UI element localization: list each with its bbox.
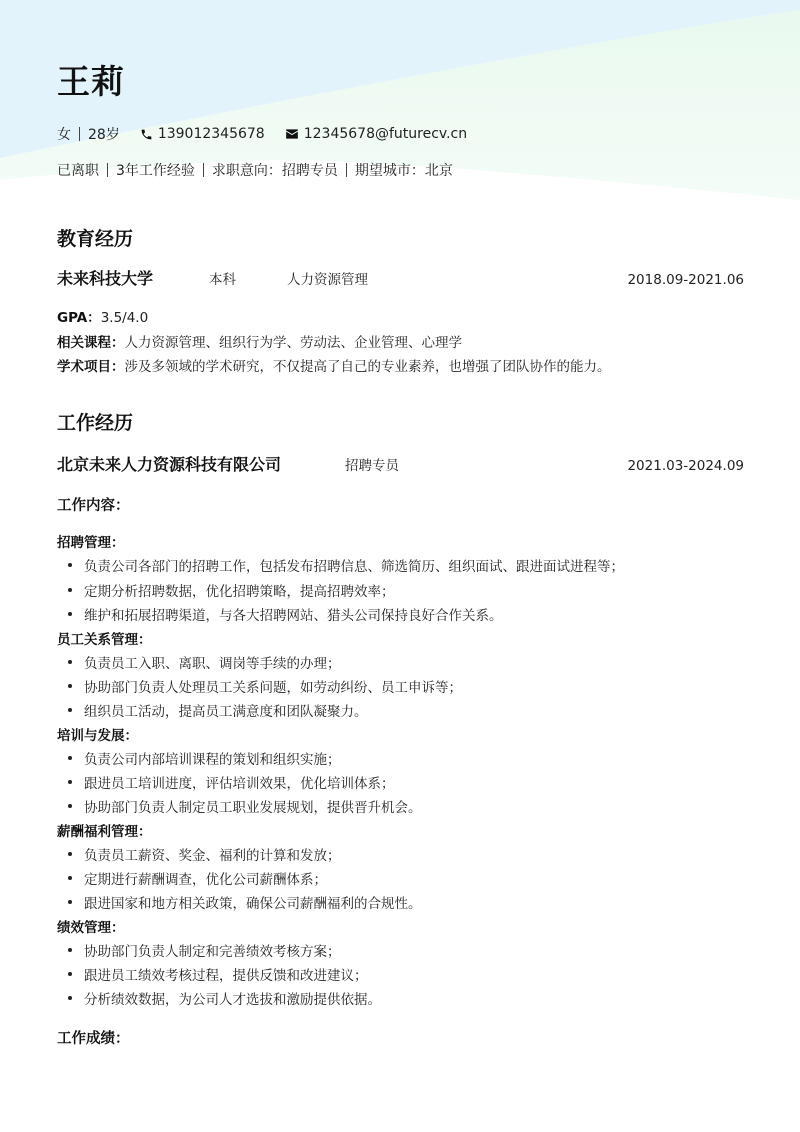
courses-line: 相关课程：人力资源管理、组织行为学、劳动法、企业管理、心理学 [57,331,462,351]
list-item: 维护和拓展招聘渠道，与各大招聘网站、猎头公司保持良好合作关系。 [68,604,503,624]
gpa-value: 3.5/4.0 [101,310,149,326]
years-experience: 3年工作经验 [116,160,195,180]
list-item: 跟进员工培训进度，评估培训效果，优化培训体系； [68,772,395,792]
list-item: 分析绩效数据，为公司人才选拔和激励提供依据。 [68,988,381,1008]
work-content-label: 工作内容： [57,494,130,515]
email-address[interactable]: 12345678@futurecv.cn [304,126,467,142]
list-item: 协助部门负责人处理员工关系问题，如劳动纠纷、员工申诉等； [68,676,462,696]
education-period: 2018.09-2021.06 [627,272,744,288]
employment-status: 已离职 [57,160,99,180]
list-item: 负责员工薪资、奖金、福利的计算和发放； [68,844,341,864]
envelope-icon [285,128,299,140]
phone-icon [140,128,153,141]
projects-line: 学术项目：涉及多领域的学术研究，不仅提高了自己的专业素养，也增强了团队协作的能力… [57,355,611,375]
section-title-work: 工作经历 [57,408,133,435]
divider [79,127,80,141]
list-item: 定期分析招聘数据，优化招聘策略，提高招聘效率； [68,580,395,600]
list-item: 负责公司内部培训课程的策划和组织实施； [68,748,341,768]
courses-value: 人力资源管理、组织行为学、劳动法、企业管理、心理学 [125,335,463,351]
major: 人力资源管理 [287,268,368,288]
candidate-name: 王莉 [57,56,125,103]
work-period: 2021.03-2024.09 [627,458,744,474]
phone-number[interactable]: 139012345678 [158,126,265,142]
degree: 本科 [209,268,287,288]
gpa-line: GPA：3.5/4.0 [57,306,148,326]
basic-info-row: 女 28岁 139012345678 12345678@futurecv.cn [57,124,467,144]
list-item: 负责公司各部门的招聘工作，包括发布招聘信息、筛选简历、组织面试、跟进面试进程等； [68,555,624,575]
education-entry: 未来科技大学 本科 人力资源管理 2018.09-2021.06 [57,266,744,289]
school-name: 未来科技大学 [57,266,209,289]
gender: 女 [57,124,71,144]
list-item: 负责员工入职、离职、调岗等手续的办理； [68,652,341,672]
divider [203,163,204,177]
category-training: 培训与发展： [57,724,138,744]
list-item: 协助部门负责人制定员工职业发展规划，提供晋升机会。 [68,796,422,816]
list-item: 组织员工活动，提高员工满意度和团队凝聚力。 [68,700,368,720]
courses-label: 相关课程： [57,335,125,351]
list-item: 定期进行薪酬调查，优化公司薪酬体系； [68,868,327,888]
list-item: 跟进员工绩效考核过程，提供反馈和改进建议； [68,964,368,984]
gpa-label: GPA： [57,310,101,326]
section-title-education: 教育经历 [57,224,133,251]
expected-city: 期望城市：北京 [355,160,453,180]
divider [107,163,108,177]
age: 28岁 [88,124,120,144]
list-item: 协助部门负责人制定和完善绩效考核方案； [68,940,341,960]
work-entry: 北京未来人力资源科技有限公司 招聘专员 2021.03-2024.09 [57,452,744,475]
projects-value: 涉及多领域的学术研究，不仅提高了自己的专业素养，也增强了团队协作的能力。 [125,359,611,375]
job-status-row: 已离职 3年工作经验 求职意向：招聘专员 期望城市：北京 [57,160,453,180]
category-employee-relations: 员工关系管理： [57,628,152,648]
job-intent: 求职意向：招聘专员 [212,160,338,180]
category-compensation: 薪酬福利管理： [57,820,152,840]
projects-label: 学术项目： [57,359,125,375]
achievements-label: 工作成绩： [57,1027,130,1048]
list-item: 跟进国家和地方相关政策，确保公司薪酬福利的合规性。 [68,892,422,912]
divider [346,163,347,177]
category-performance: 绩效管理： [57,916,125,936]
category-recruitment: 招聘管理： [57,531,125,551]
position: 招聘专员 [345,454,399,474]
header-background [0,0,800,240]
company-name: 北京未来人力资源科技有限公司 [57,452,345,475]
